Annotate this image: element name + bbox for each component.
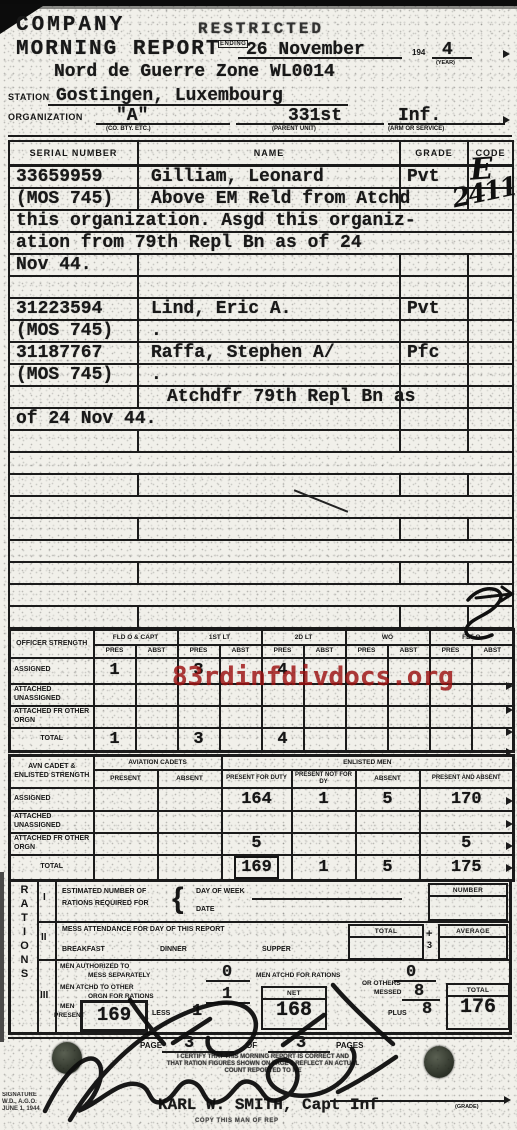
rule-cell bbox=[9, 540, 513, 562]
divide-symbol: + bbox=[426, 928, 432, 940]
cadet-enlisted-table: AVN CADET & ENLISTED STRENGTH AVIATION C… bbox=[8, 754, 515, 882]
cell bbox=[158, 788, 222, 811]
serial-cell bbox=[9, 518, 138, 540]
day-of-week-label: DAY OF WEEK bbox=[196, 888, 245, 895]
roster-row-blank bbox=[9, 276, 513, 298]
name-cell: Gilliam, Leonard bbox=[138, 166, 400, 188]
cell bbox=[136, 728, 178, 752]
group-fldo-capt: FLD O & CAPT bbox=[94, 630, 178, 645]
brace-glyph: { bbox=[172, 882, 184, 916]
roster-row: of 24 Nov 44. bbox=[9, 408, 513, 430]
cell bbox=[388, 728, 430, 752]
cell bbox=[472, 658, 514, 684]
grade-cell bbox=[400, 320, 468, 342]
officer-assigned-fldo-pres: 1 bbox=[94, 658, 136, 684]
leader-arrow bbox=[506, 842, 513, 850]
roster-row-blank bbox=[9, 430, 513, 452]
roster-row: (MOS 745) . bbox=[9, 364, 513, 386]
code-cell bbox=[468, 276, 513, 298]
serial-cell bbox=[9, 474, 138, 496]
estimated-label-a: ESTIMATED NUMBER OF bbox=[62, 888, 146, 895]
officer-strength-title: OFFICER STRENGTH bbox=[10, 630, 94, 658]
code-cell bbox=[468, 430, 513, 452]
sub-abst: ABST bbox=[136, 645, 178, 658]
code-cell bbox=[468, 254, 513, 276]
rations-section-2: II bbox=[41, 932, 47, 943]
hole-punch-right bbox=[424, 1046, 454, 1078]
em-assigned-pfd: 164 bbox=[222, 788, 292, 811]
serial-cell: 33659959 bbox=[9, 166, 138, 188]
sub-pres: PRES bbox=[262, 645, 304, 658]
average-box-label: AVERAGE bbox=[440, 926, 506, 938]
roster-row: Atchdfr 79th Repl Bn as bbox=[9, 386, 513, 408]
roster-row: 31187767 Raffa, Stephen A/ Pfc bbox=[9, 342, 513, 364]
grade-cell: Pvt bbox=[400, 298, 468, 320]
average-box: AVERAGE bbox=[438, 924, 508, 960]
em-total-absent: 5 bbox=[356, 855, 420, 881]
cell bbox=[430, 706, 472, 728]
zone-line: Nord de Guerre Zone WL0014 bbox=[54, 62, 335, 82]
cell bbox=[388, 706, 430, 728]
station-value: Gostingen, Luxembourg bbox=[56, 86, 283, 106]
form-id-line-2: W.D., A.G.O. bbox=[2, 1099, 40, 1106]
serial-cell: 31187767 bbox=[9, 342, 138, 364]
cell bbox=[356, 811, 420, 833]
remark-cell: this organization. Asgd this organiz- bbox=[9, 210, 468, 232]
table-row: ASSIGNED 164 1 5 170 bbox=[10, 788, 514, 811]
name-cell: . bbox=[138, 364, 400, 386]
cell bbox=[136, 706, 178, 728]
cell bbox=[420, 811, 514, 833]
em-assigned-absent: 5 bbox=[356, 788, 420, 811]
sub-present-and-absent: PRESENT AND ABSENT bbox=[420, 770, 514, 788]
code-cell bbox=[468, 386, 513, 408]
rations-vline-1 bbox=[37, 879, 39, 1035]
serial-cell: Nov 44. bbox=[9, 254, 138, 276]
sub-pres: PRES bbox=[94, 645, 136, 658]
cell bbox=[178, 706, 220, 728]
leader-arrow bbox=[506, 682, 513, 690]
serial-cell: (MOS 745) bbox=[9, 188, 138, 210]
officer-total-1stlt-pres: 3 bbox=[178, 728, 220, 752]
row-label: ATTACHED UNASSIGNED bbox=[10, 684, 94, 706]
plus-value: 8 bbox=[422, 1000, 432, 1019]
name-cell: Atchdfr 79th Repl Bn as bbox=[138, 386, 400, 408]
ending-label: ENDING bbox=[218, 40, 248, 48]
mess-attendance-label: MESS ATTENDANCE FOR DAY OF THIS REPORT bbox=[62, 926, 225, 933]
cell bbox=[158, 833, 222, 855]
handwritten-signature bbox=[40, 950, 400, 1128]
restricted-stamp: RESTRICTED bbox=[198, 20, 324, 38]
roster-row: this organization. Asgd this organiz- bbox=[9, 210, 513, 232]
name-cell bbox=[138, 254, 400, 276]
penciled-box: 169 bbox=[234, 856, 279, 879]
name-cell: . bbox=[138, 320, 400, 342]
org-unit-caption: (CO. BTY. ETC.) bbox=[106, 126, 151, 132]
leader-arrow bbox=[506, 864, 513, 872]
name-cell: Lind, Eric A. bbox=[138, 298, 400, 320]
serial-cell bbox=[9, 386, 138, 408]
name-cell: Above EM Reld from Atchd bbox=[138, 188, 400, 210]
row-label: ATTACHED UNASSIGNED bbox=[10, 811, 94, 833]
cell bbox=[222, 811, 292, 833]
form-title-line2: MORNING REPORT bbox=[16, 38, 220, 61]
row-label: ASSIGNED bbox=[10, 788, 94, 811]
organization-label: ORGANIZATION bbox=[8, 112, 83, 122]
sub-abst: ABST bbox=[220, 645, 262, 658]
grade-caption: (GRADE) bbox=[455, 1104, 479, 1110]
leader-arrow bbox=[506, 797, 513, 805]
cell bbox=[94, 706, 136, 728]
watermark-text: 83rdinfdivdocs.org bbox=[172, 662, 454, 692]
name-cell bbox=[138, 276, 400, 298]
row-label: ASSIGNED bbox=[10, 658, 94, 684]
form-id-line-1: SIGNATURE bbox=[2, 1092, 40, 1099]
group-2d-lt: 2D LT bbox=[262, 630, 346, 645]
code-cell bbox=[468, 408, 513, 430]
rule-cell bbox=[9, 452, 513, 474]
em-attfr-pfd: 5 bbox=[222, 833, 292, 855]
code-cell bbox=[468, 474, 513, 496]
morning-report-scan: COMPANY RESTRICTED MORNING REPORT ENDING… bbox=[0, 0, 517, 1130]
serial-cell bbox=[9, 276, 138, 298]
roster-row: (MOS 745) Above EM Reld from Atchd bbox=[9, 188, 513, 210]
table-row: ATTACHED FR OTHER ORGN bbox=[10, 706, 514, 728]
cell bbox=[292, 811, 356, 833]
station-label: STATION bbox=[8, 92, 50, 102]
roster-row-blank bbox=[9, 518, 513, 540]
sub-abst: ABST bbox=[304, 645, 346, 658]
year-caption: (YEAR) bbox=[436, 60, 455, 66]
group-enlisted-men: ENLISTED MEN bbox=[222, 756, 514, 770]
cell bbox=[346, 706, 388, 728]
date-underline bbox=[238, 57, 402, 59]
name-cell bbox=[138, 518, 400, 540]
sub-absent: ABSENT bbox=[356, 770, 420, 788]
officer-total-fldo-pres: 1 bbox=[94, 728, 136, 752]
leader-arrow bbox=[506, 706, 513, 714]
em-assigned-pa: 170 bbox=[420, 788, 514, 811]
table-row: ATTACHED UNASSIGNED bbox=[10, 811, 514, 833]
name-cell bbox=[138, 430, 400, 452]
divide-number: 3 bbox=[427, 940, 432, 950]
roster-row-blank bbox=[9, 474, 513, 496]
code-cell bbox=[468, 298, 513, 320]
mess-total-label: TOTAL bbox=[350, 926, 422, 938]
col-name: NAME bbox=[138, 141, 400, 166]
name-cell bbox=[138, 562, 400, 584]
em-total-pfd: 169 bbox=[222, 855, 292, 881]
cell bbox=[94, 811, 158, 833]
row-label: ATTACHED FR OTHER ORGN bbox=[10, 833, 94, 855]
grade-cell bbox=[400, 364, 468, 386]
cell bbox=[304, 728, 346, 752]
enlisted-group-header-row: AVN CADET & ENLISTED STRENGTH AVIATION C… bbox=[10, 756, 514, 770]
serial-cell: (MOS 745) bbox=[9, 364, 138, 386]
cell bbox=[220, 706, 262, 728]
cell bbox=[94, 684, 136, 706]
year-printed: 194 bbox=[412, 48, 425, 57]
cell bbox=[356, 833, 420, 855]
code-cell bbox=[468, 232, 513, 254]
serial-cell: (MOS 745) bbox=[9, 320, 138, 342]
value-underline bbox=[402, 999, 440, 1001]
serial-cell bbox=[9, 562, 138, 584]
name-cell bbox=[138, 474, 400, 496]
signature-rule-arrow bbox=[504, 1096, 511, 1104]
rations-section-1: I bbox=[43, 892, 46, 903]
form-title-line1: COMPANY bbox=[16, 14, 125, 37]
leader-arrow bbox=[506, 820, 513, 828]
org-arm-caption: (ARM OR SERVICE) bbox=[388, 126, 444, 132]
org-arm-underline bbox=[388, 123, 505, 125]
org-line-arrow bbox=[503, 116, 510, 124]
date-line-arrow bbox=[503, 50, 510, 58]
year-underline bbox=[432, 57, 472, 59]
table-row: ATTACHED FR OTHER ORGN 5 5 bbox=[10, 833, 514, 855]
sub-pres: PRES bbox=[178, 645, 220, 658]
em-assigned-pnfd: 1 bbox=[292, 788, 356, 811]
grade-cell bbox=[400, 474, 468, 496]
rations-side-label: RATIONS bbox=[14, 884, 35, 982]
roster-row: (MOS 745) . bbox=[9, 320, 513, 342]
code-cell bbox=[468, 364, 513, 386]
table-row: TOTAL 1 3 4 bbox=[10, 728, 514, 752]
day-of-week-line bbox=[252, 898, 402, 900]
row-label: TOTAL bbox=[10, 855, 94, 881]
leader-arrow bbox=[506, 748, 513, 756]
name-cell bbox=[138, 606, 400, 628]
form-id-line-3: JUNE 1, 1944 bbox=[2, 1106, 40, 1113]
rations-hline-1 bbox=[37, 921, 512, 923]
cell bbox=[346, 728, 388, 752]
roster-row-blank bbox=[9, 452, 513, 474]
em-total-pnfd: 1 bbox=[292, 855, 356, 881]
name-cell: Raffa, Stephen A/ bbox=[138, 342, 400, 364]
number-box: NUMBER bbox=[428, 883, 508, 921]
sub-absent: ABSENT bbox=[158, 770, 222, 788]
number-box-label: NUMBER bbox=[430, 885, 506, 897]
org-unit-underline bbox=[96, 123, 230, 125]
row-label: TOTAL bbox=[10, 728, 94, 752]
form-id-print: SIGNATURE W.D., A.G.O. JUNE 1, 1944 bbox=[2, 1092, 40, 1113]
grade-cell bbox=[400, 254, 468, 276]
sub-present-not-for-dy: PRESENT NOT FOR DY bbox=[292, 770, 356, 788]
grade-cell bbox=[400, 276, 468, 298]
roster-row-blank bbox=[9, 496, 513, 518]
code-cell bbox=[468, 320, 513, 342]
cadet-enlisted-title: AVN CADET & ENLISTED STRENGTH bbox=[10, 756, 94, 788]
group-wo: WO bbox=[346, 630, 430, 645]
col-grade: GRADE bbox=[400, 141, 468, 166]
group-aviation-cadets: AVIATION CADETS bbox=[94, 756, 222, 770]
code-cell bbox=[468, 342, 513, 364]
col-serial-number: SERIAL NUMBER bbox=[9, 141, 138, 166]
roster-table: SERIAL NUMBER NAME GRADE CODE 33659959 G… bbox=[8, 140, 514, 629]
serial-cell bbox=[9, 430, 138, 452]
grand-total-box: TOTAL 176 bbox=[446, 983, 510, 1030]
roster-header-row: SERIAL NUMBER NAME GRADE CODE bbox=[9, 141, 513, 166]
cell bbox=[304, 706, 346, 728]
code-cell bbox=[468, 518, 513, 540]
cell bbox=[94, 788, 158, 811]
scan-edge-left bbox=[0, 872, 4, 1042]
em-attfr-pa: 5 bbox=[420, 833, 514, 855]
grade-cell bbox=[400, 518, 468, 540]
sub-present: PRESENT bbox=[94, 770, 158, 788]
cell bbox=[94, 855, 158, 881]
rule-cell bbox=[9, 496, 513, 518]
roster-row: ation from 79th Repl Bn as of 24 bbox=[9, 232, 513, 254]
table-row: TOTAL 169 1 5 175 bbox=[10, 855, 514, 881]
roster-top-rule bbox=[8, 135, 512, 137]
serial-cell: 31223594 bbox=[9, 298, 138, 320]
sub-present-for-duty: PRESENT FOR DUTY bbox=[222, 770, 292, 788]
cell bbox=[292, 833, 356, 855]
roster-row-blank bbox=[9, 540, 513, 562]
roster-row: 31223594 Lind, Eric A. Pvt bbox=[9, 298, 513, 320]
roster-row: Nov 44. bbox=[9, 254, 513, 276]
serial-cell bbox=[9, 606, 138, 628]
cell bbox=[262, 706, 304, 728]
remark-cell: of 24 Nov 44. bbox=[9, 408, 400, 430]
sub-pres: PRES bbox=[346, 645, 388, 658]
roster-row: 33659959 Gilliam, Leonard Pvt bbox=[9, 166, 513, 188]
grade-cell bbox=[400, 430, 468, 452]
group-1st-lt: 1ST LT bbox=[178, 630, 262, 645]
code-cell bbox=[468, 210, 513, 232]
cell bbox=[158, 811, 222, 833]
cell bbox=[220, 728, 262, 752]
sub-abst: ABST bbox=[388, 645, 430, 658]
grade-cell bbox=[400, 408, 468, 430]
handwritten-squiggle bbox=[438, 580, 516, 650]
officer-total-2dlt-pres: 4 bbox=[262, 728, 304, 752]
cell bbox=[158, 855, 222, 881]
cell bbox=[430, 728, 472, 752]
cell bbox=[94, 833, 158, 855]
row-label: ATTACHED FR OTHER ORGN bbox=[10, 706, 94, 728]
grade-cell: Pfc bbox=[400, 342, 468, 364]
scan-edge-top-fade bbox=[0, 6, 517, 9]
org-parent-caption: (PARENT UNIT) bbox=[272, 126, 316, 132]
org-parent-underline bbox=[236, 123, 384, 125]
remark-cell: ation from 79th Repl Bn as of 24 bbox=[9, 232, 468, 254]
leader-arrow bbox=[506, 728, 513, 736]
date-label: DATE bbox=[196, 906, 215, 913]
em-total-pa: 175 bbox=[420, 855, 514, 881]
grand-total-value: 176 bbox=[448, 997, 508, 1019]
estimated-label-b: RATIONS REQUIRED FOR bbox=[62, 900, 149, 907]
